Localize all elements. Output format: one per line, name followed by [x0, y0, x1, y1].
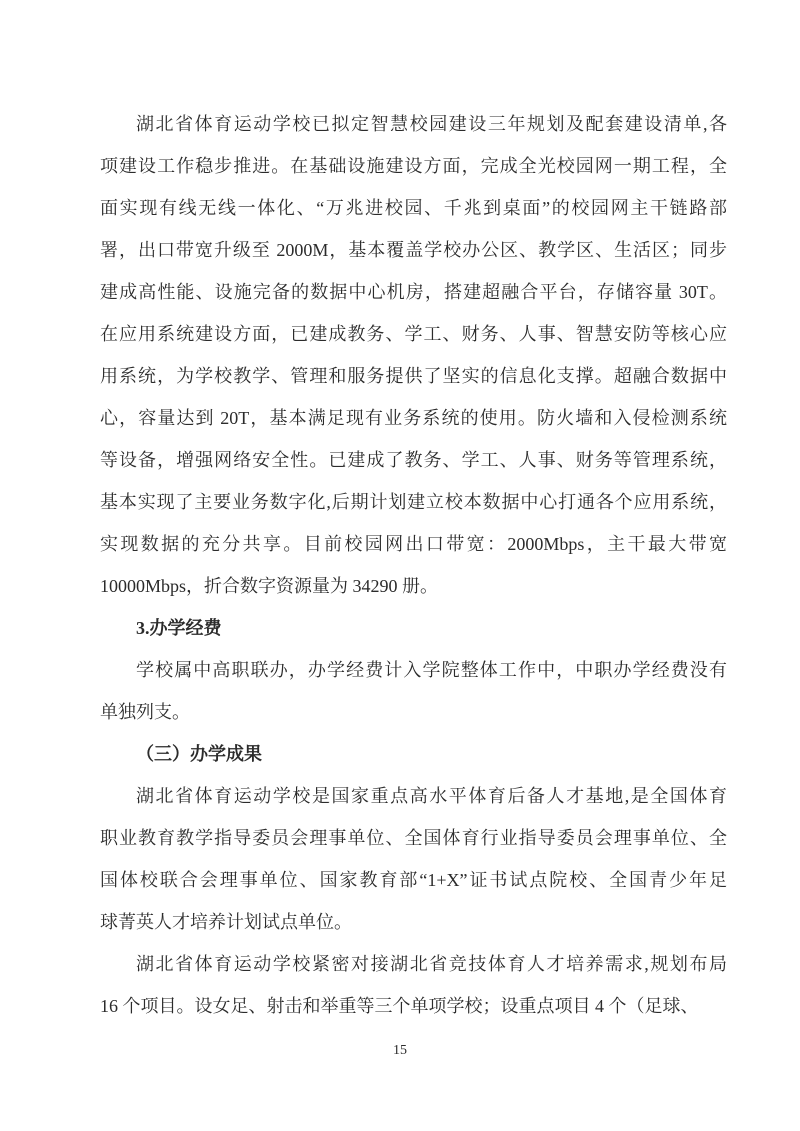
section-heading-achievements: （三）办学成果 — [100, 733, 727, 775]
text-line: 湖北省体育运动学校紧密对接湖北省竞技体育人才培养需求,规划布局 — [100, 943, 727, 985]
text-line: 建成高性能、设施完备的数据中心机房，搭建超融合平台，存储容量 30T。 — [100, 271, 727, 313]
text-line: 职业教育教学指导委员会理事单位、全国体育行业指导委员会理事单位、全 — [100, 817, 727, 859]
document-body: 湖北省体育运动学校已拟定智慧校园建设三年规划及配套建设清单,各 项建设工作稳步推… — [100, 103, 727, 1027]
text-line: 项建设工作稳步推进。在基础设施建设方面，完成全光校园网一期工程，全 — [100, 145, 727, 187]
text-line: 球菁英人才培养计划试点单位。 — [100, 901, 727, 943]
text-line: 实现数据的充分共享。目前校园网出口带宽：2000Mbps，主干最大带宽 — [100, 523, 727, 565]
text-line: 面实现有线无线一体化、“万兆进校园、千兆到桌面”的校园网主干链路部 — [100, 187, 727, 229]
text-line: 10000Mbps，折合数字资源量为 34290 册。 — [100, 565, 727, 607]
text-line: 单独列支。 — [100, 691, 727, 733]
page-number: 15 — [0, 1041, 800, 1061]
text-line: 用系统，为学校教学、管理和服务提供了坚实的信息化支撑。超融合数据中 — [100, 355, 727, 397]
text-line: 学校属中高职联办，办学经费计入学院整体工作中，中职办学经费没有 — [100, 649, 727, 691]
text-line: 署，出口带宽升级至 2000M，基本覆盖学校办公区、教学区、生活区；同步 — [100, 229, 727, 271]
text-line: 国体校联合会理事单位、国家教育部“1+X”证书试点院校、全国青少年足 — [100, 859, 727, 901]
text-line: 在应用系统建设方面，已建成教务、学工、财务、人事、智慧安防等核心应 — [100, 313, 727, 355]
text-line: 基本实现了主要业务数字化,后期计划建立校本数据中心打通各个应用系统， — [100, 481, 727, 523]
text-line: 湖北省体育运动学校已拟定智慧校园建设三年规划及配套建设清单,各 — [100, 103, 727, 145]
document-page: 湖北省体育运动学校已拟定智慧校园建设三年规划及配套建设清单,各 项建设工作稳步推… — [0, 0, 800, 1131]
text-line: 等设备，增强网络安全性。已建成了教务、学工、人事、财务等管理系统， — [100, 439, 727, 481]
text-line: 湖北省体育运动学校是国家重点高水平体育后备人才基地,是全国体育 — [100, 775, 727, 817]
text-line: 16 个项目。设女足、射击和举重等三个单项学校；设重点项目 4 个（足球、 — [100, 985, 727, 1027]
section-heading-funding: 3.办学经费 — [100, 607, 727, 649]
text-line: 心，容量达到 20T，基本满足现有业务系统的使用。防火墙和入侵检测系统 — [100, 397, 727, 439]
